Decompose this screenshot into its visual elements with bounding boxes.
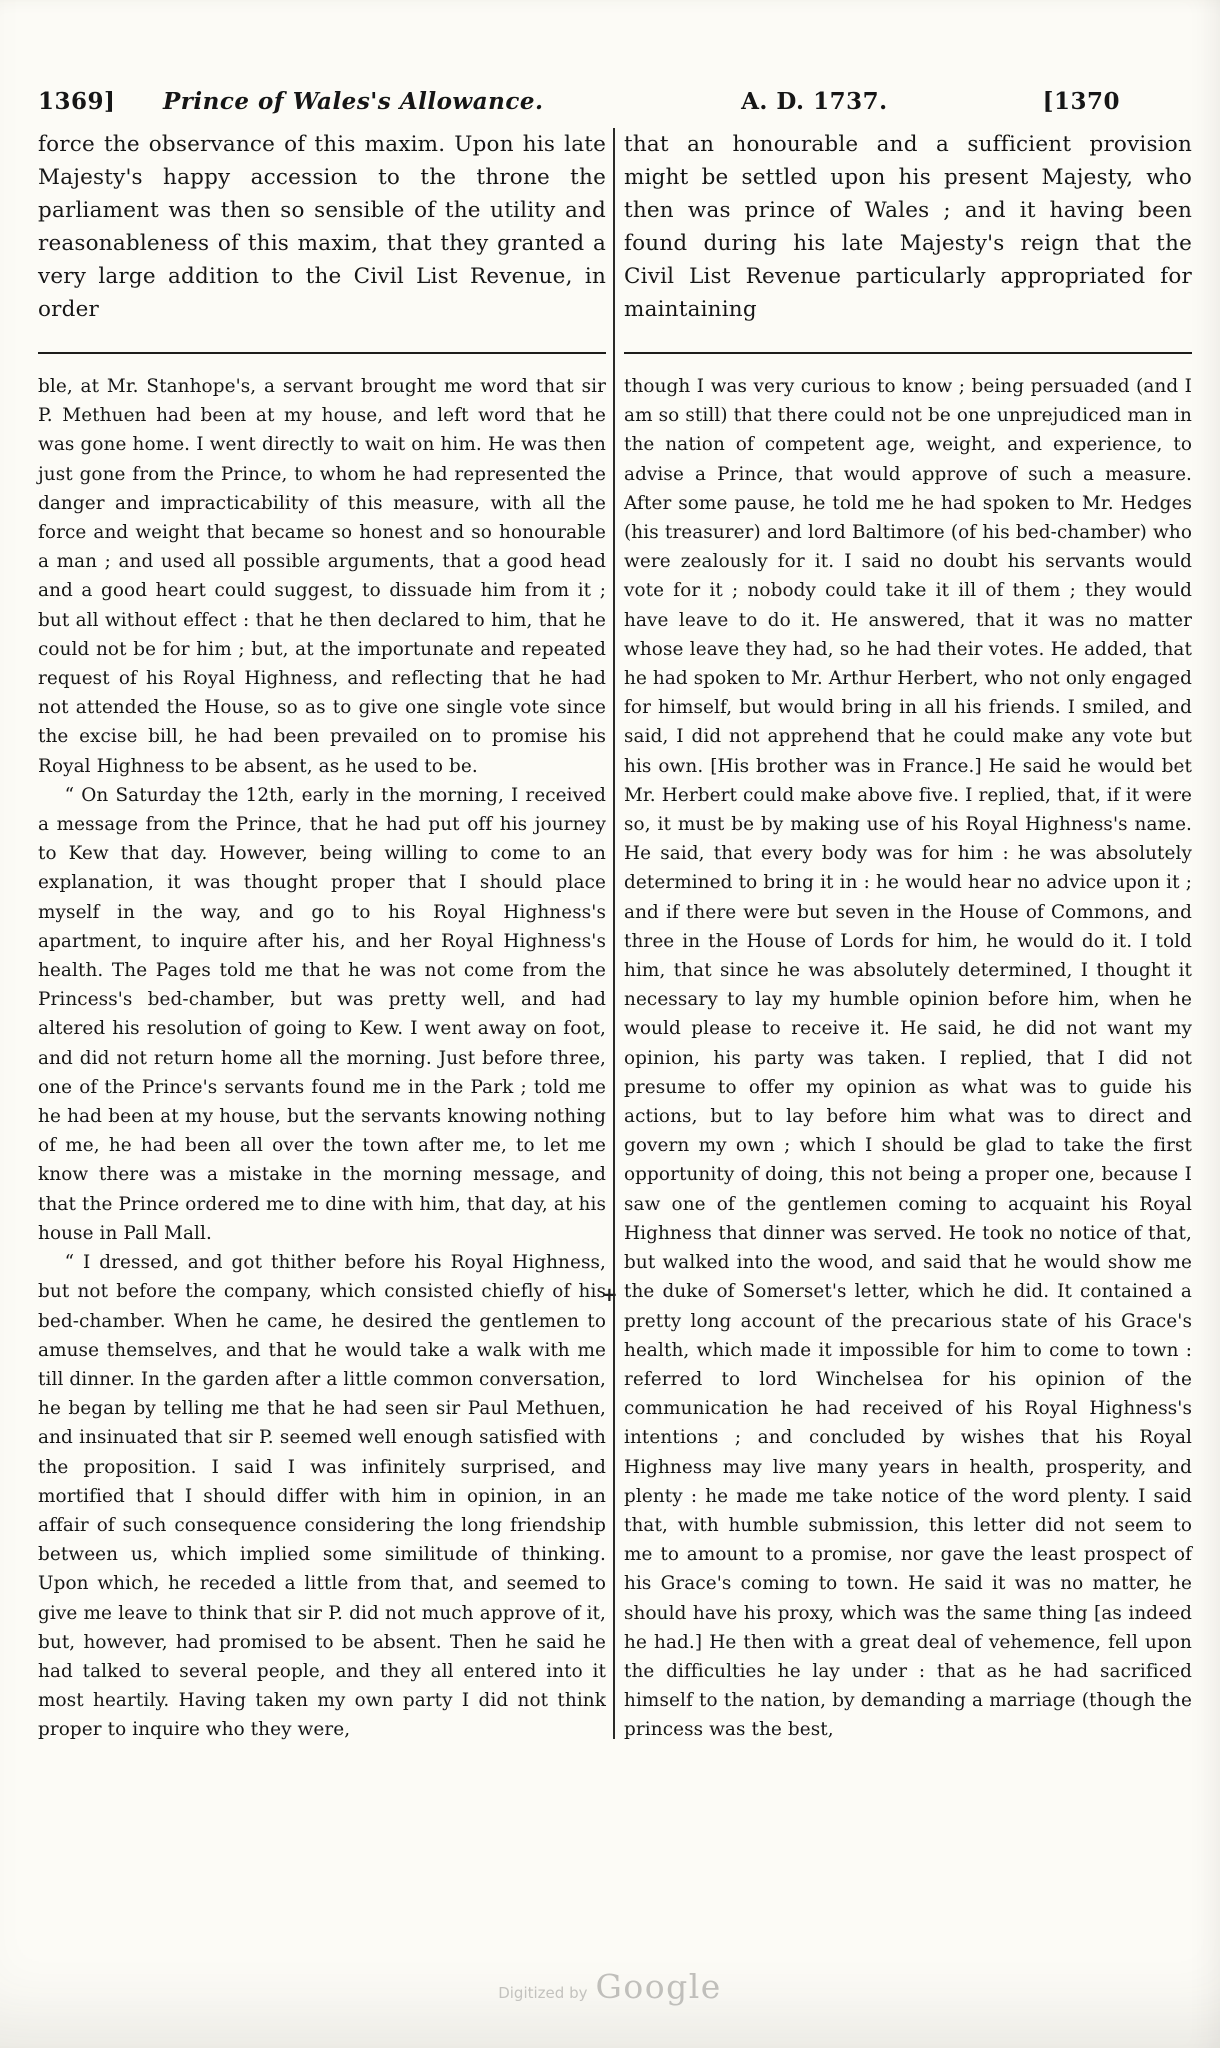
digitized-watermark: Digitized by Google <box>0 1967 1220 2006</box>
right-column: that an honourable and a sufficient prov… <box>615 128 1192 1745</box>
section-divider-rule-right <box>624 352 1192 354</box>
digitized-by-label: Digitized by <box>498 1984 587 2002</box>
two-column-text-block: force the observance of this maxim. Upon… <box>38 128 1192 1745</box>
date-heading: A. D. 1737. <box>741 88 888 115</box>
page-title: Prince of Wales's Allowance. <box>115 88 591 115</box>
right-page-number: [1370 <box>1043 88 1120 115</box>
intro-paragraph-right: that an honourable and a sufficient prov… <box>624 128 1192 326</box>
printer-cross-mark: + <box>601 1282 618 1306</box>
intro-paragraph-left: force the observance of this maxim. Upon… <box>38 128 606 326</box>
body-paragraph: ble, at Mr. Stanhope's, a servant brough… <box>38 372 606 781</box>
google-logo: Google <box>595 1967 721 2006</box>
section-divider-rule-left <box>38 352 606 354</box>
left-page-number: 1369] <box>38 88 115 115</box>
running-head: 1369] Prince of Wales's Allowance. A. D.… <box>38 88 1190 115</box>
body-paragraph: “ I dressed, and got thither before his … <box>38 1248 606 1744</box>
book-page-scan: 1369] Prince of Wales's Allowance. A. D.… <box>0 0 1220 2048</box>
left-column: force the observance of this maxim. Upon… <box>38 128 613 1745</box>
body-paragraph: “ On Saturday the 12th, early in the mor… <box>38 781 606 1248</box>
body-paragraph: though I was very curious to know ; bein… <box>624 372 1192 1745</box>
